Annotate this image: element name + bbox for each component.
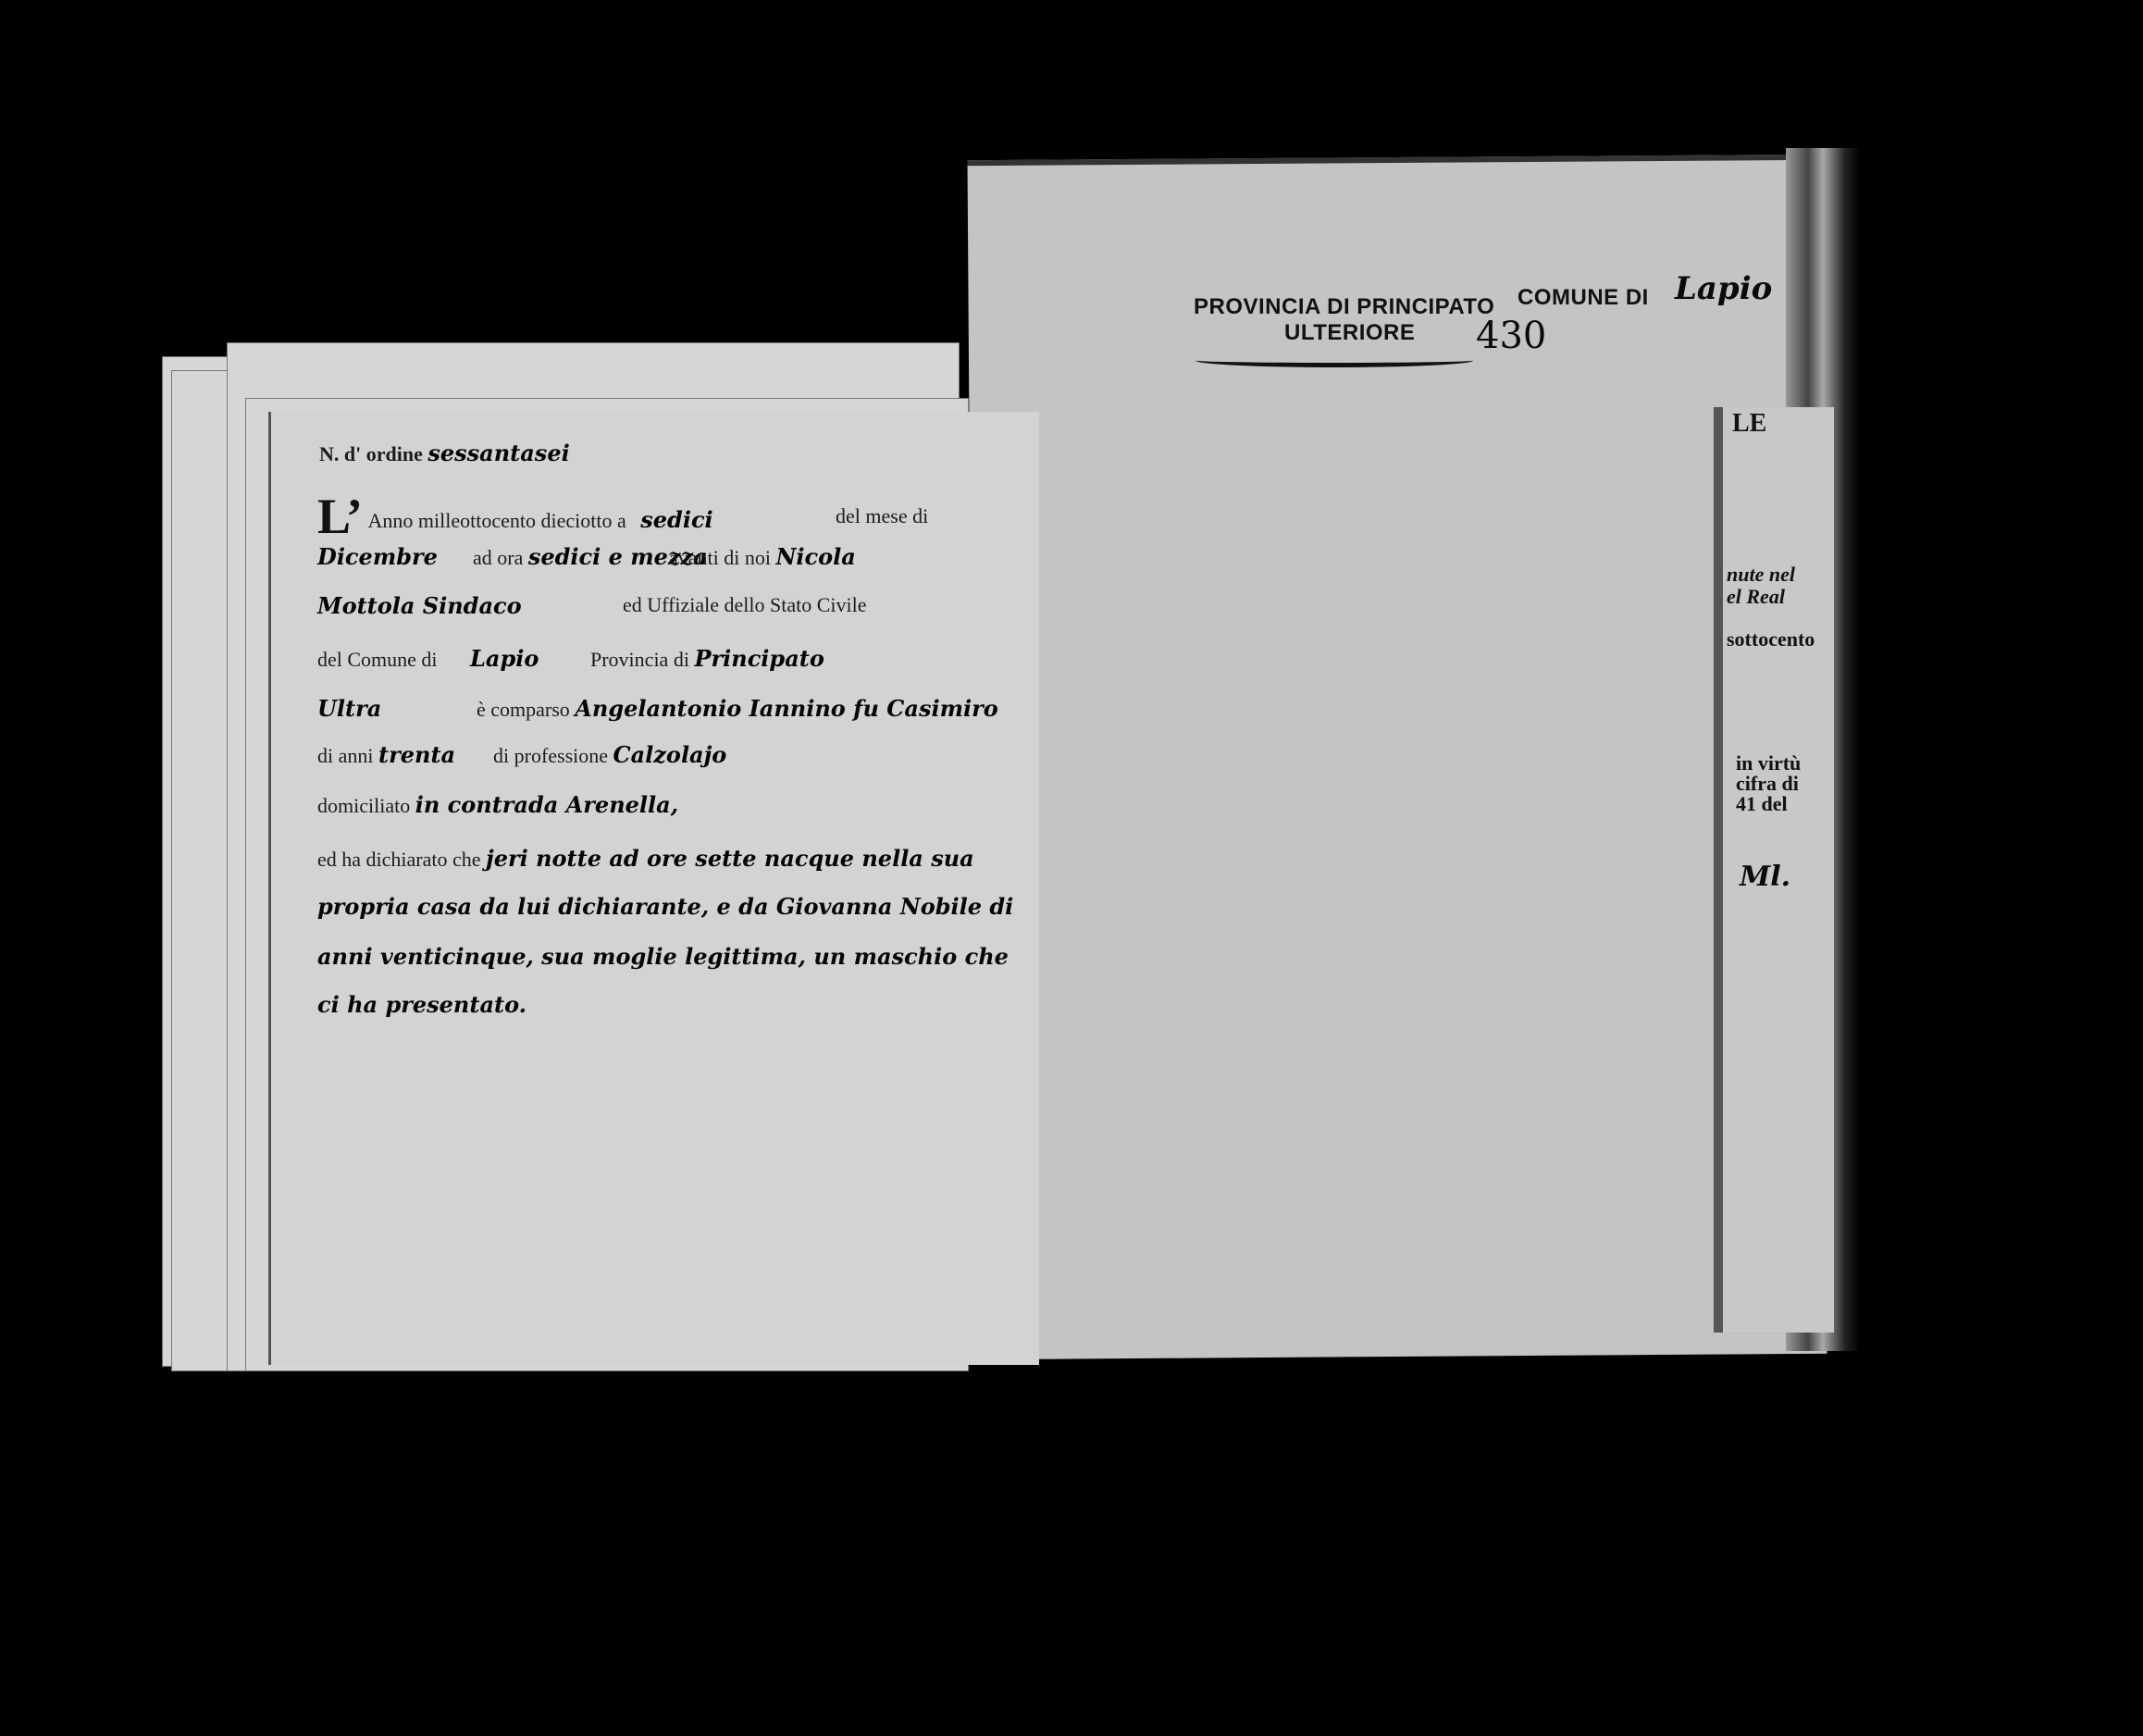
comune-heading: COMUNE DI xyxy=(1517,285,1649,311)
declarant-profession: Calzolajo xyxy=(613,741,727,768)
edge-text-fragment: sottocento xyxy=(1727,627,1815,651)
register-number: 430 xyxy=(1476,315,1546,357)
birth-day: sedici xyxy=(640,506,712,533)
edge-handwritten-fragment: Ml. xyxy=(1740,861,1790,893)
edge-text-fragment: 41 del xyxy=(1736,792,1788,816)
edge-text-fragment: nute nel xyxy=(1727,563,1795,587)
province-heading-line2: ULTERIORE xyxy=(1284,320,1415,346)
order-number-line: N. d' ordine sessantasei xyxy=(319,440,570,466)
declarant-name: Angelantonio Iannino fu Casimiro xyxy=(575,695,997,722)
edge-title-fragment: LE xyxy=(1732,409,1766,439)
decorative-rule xyxy=(1195,353,1473,367)
drop-cap: L’ xyxy=(317,489,363,544)
declarant-age: trenta xyxy=(378,741,455,768)
year-line: L’ Anno milleottocento dieciotto a sedic… xyxy=(317,488,713,545)
comune-name: Lapio xyxy=(470,645,539,672)
edge-text-fragment: el Real xyxy=(1727,585,1785,609)
left-page: N. d' ordine sessantasei L’ Anno milleot… xyxy=(268,412,1039,1365)
officer-name: Mottola Sindaco xyxy=(317,592,522,619)
order-number: sessantasei xyxy=(427,440,569,466)
comune-handwritten: Lapio xyxy=(1675,270,1772,307)
birth-month: Dicembre xyxy=(317,543,438,570)
declarant-domicile: in contrada Arenella, xyxy=(415,791,678,818)
province-heading: PROVINCIA DI PRINCIPATO xyxy=(1194,294,1494,320)
